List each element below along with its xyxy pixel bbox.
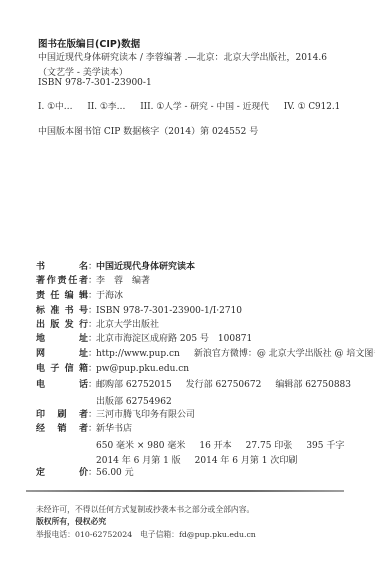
divider-rule <box>26 490 344 492</box>
price-label: 定价 <box>36 466 88 480</box>
phone-label: 电话 <box>36 378 88 392</box>
author-row: 著作责任者：李 蓉 编著 <box>36 274 150 288</box>
email-link[interactable]: pw@pup.pku.edu.cn <box>96 362 189 376</box>
book-name-value: 中国近现代身体研究读本 <box>96 260 195 274</box>
publisher-label: 出版发行 <box>36 318 88 332</box>
distributor-label: 经销者 <box>36 422 88 436</box>
email-label: 电子信箱 <box>36 362 88 376</box>
address-label: 地址 <box>36 332 88 346</box>
edition-printing: 2014 年 6 月第 1 次印刷 <box>195 456 298 466</box>
website-link[interactable]: http://www.pup.cn <box>96 347 180 361</box>
phone-editorial: 编辑部 62750883 <box>275 378 351 392</box>
edition-version: 2014 年 6 月第 1 版 <box>96 456 181 466</box>
book-name-label: 书名 <box>36 260 88 274</box>
editor-label: 责任编辑 <box>36 289 88 303</box>
website-row: 网址：http://www.pup.cn新浪官方微博：@ 北京大学出版社 @ 培… <box>36 347 375 361</box>
phone-row: 电话：邮购部 62752015发行部 62750672编辑部 62750883 <box>36 378 351 392</box>
weibo-accounts: 新浪官方微博：@ 北京大学出版社 @ 培文图书 <box>194 347 375 361</box>
printer-label: 印刷者 <box>36 408 88 422</box>
phone-publishing: 出版部 62754962 <box>96 394 186 407</box>
cip-class-4: IV. ① C912.1 <box>284 102 340 112</box>
price-value: 56.00 元 <box>96 466 134 480</box>
cip-record-number: 中国版本图书馆 CIP 数据核字（2014）第 024552 号 <box>38 124 258 137</box>
cip-class-2: II. ①李… <box>87 102 125 112</box>
edition-row: 2014 年 6 月第 1 版2014 年 6 月第 1 次印刷 <box>96 453 311 466</box>
cip-series: （文艺学 - 美学读本） <box>38 65 128 78</box>
printer-row: 印刷者：三河市腾飞印务有限公司 <box>36 408 195 422</box>
book-name-row: 书名：中国近现代身体研究读本 <box>36 260 195 274</box>
address-value: 北京市海淀区成府路 205 号 100871 <box>96 332 252 346</box>
spec-format: 16 开本 <box>199 441 231 451</box>
isbn-label: 标准书号 <box>36 304 88 318</box>
isbn-value: ISBN 978-7-301-23900-1/I·2710 <box>96 304 242 318</box>
cip-heading: 图书在版编目(CIP)数据 <box>38 36 140 50</box>
phone-distribution: 发行部 62750672 <box>186 378 262 392</box>
editor-row: 责任编辑：于海冰 <box>36 289 123 303</box>
spec-size: 650 毫米 × 980 毫米 <box>96 441 185 451</box>
cip-title-line: 中国近现代身体研究读本 / 李蓉编著 .—北京：北京大学出版社，2014.6 <box>38 50 327 63</box>
isbn-row: 标准书号：ISBN 978-7-301-23900-1/I·2710 <box>36 304 242 318</box>
website-label: 网址 <box>36 347 88 361</box>
rights-reserved: 版权所有，侵权必究 <box>36 516 106 527</box>
copy-notice: 未经许可，不得以任何方式复制或抄袭本书之部分或全部内容。 <box>36 504 254 515</box>
cip-isbn: ISBN 978-7-301-23900-1 <box>38 78 152 88</box>
phone-mail-order: 邮购部 62752015 <box>96 378 172 392</box>
spec-sheets: 27.75 印张 <box>246 441 293 451</box>
printer-value: 三河市腾飞印务有限公司 <box>96 408 195 422</box>
report-contact: 举报电话：010-62752024 电子信箱：fd@pup.pku.edu.cn <box>36 529 256 540</box>
specs-row: 650 毫米 × 980 毫米16 开本27.75 印张395 千字 <box>96 438 358 451</box>
author-value: 李 蓉 编著 <box>96 274 150 288</box>
distributor-row: 经销者：新华书店 <box>36 422 132 436</box>
editor-value: 于海冰 <box>96 289 123 303</box>
cip-class-1: I. ①中… <box>38 102 73 112</box>
cip-classification: I. ①中… II. ①李… III. ①人学 - 研究 - 中国 - 近现代 … <box>38 99 352 112</box>
distributor-value: 新华书店 <box>96 422 132 436</box>
email-row: 电子信箱：pw@pup.pku.edu.cn <box>36 362 189 376</box>
cip-class-3: III. ①人学 - 研究 - 中国 - 近现代 <box>140 102 269 112</box>
price-row: 定价：56.00 元 <box>36 466 134 480</box>
author-label: 著作责任者 <box>36 274 88 288</box>
address-row: 地址：北京市海淀区成府路 205 号 100871 <box>36 332 252 346</box>
publisher-row: 出版发行：北京大学出版社 <box>36 318 159 332</box>
spec-words: 395 千字 <box>306 441 344 451</box>
publisher-value: 北京大学出版社 <box>96 318 159 332</box>
